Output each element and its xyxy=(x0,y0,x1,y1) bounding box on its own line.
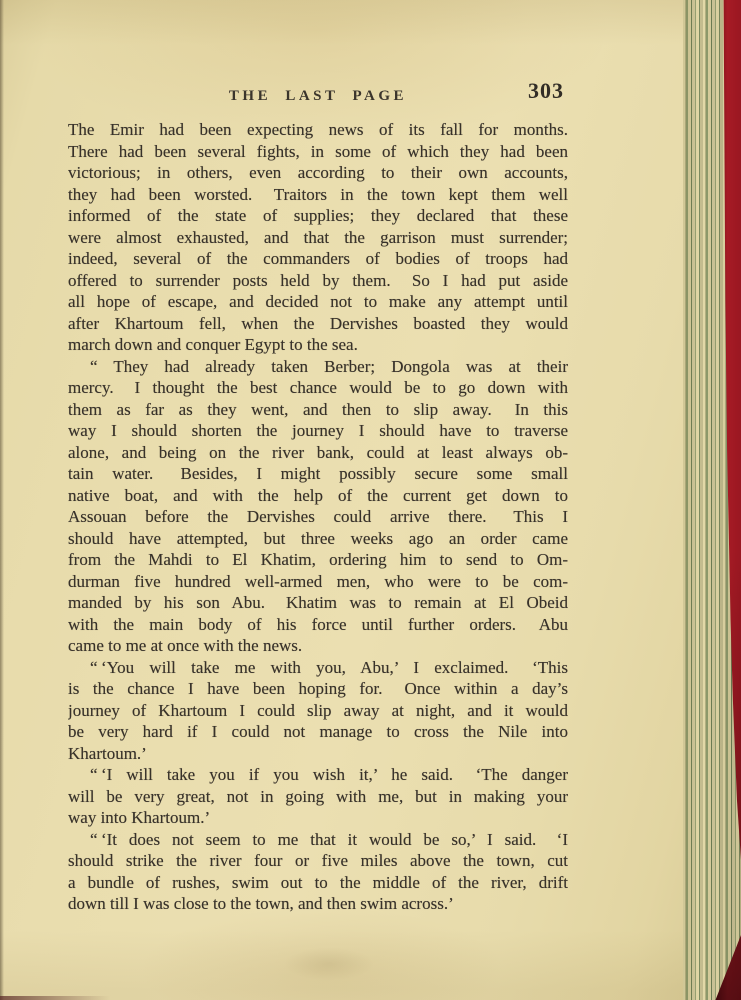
text-line: came to me at once with the news. xyxy=(68,635,568,657)
text-line: from the Mahdi to El Khatim, ordering hi… xyxy=(68,549,568,571)
text-line: down till I was close to the town, and t… xyxy=(68,893,568,915)
book-photo: THE LAST PAGE 303 The Emir had been expe… xyxy=(0,0,741,1000)
text-line: victorious; in others, even according to… xyxy=(68,162,568,184)
page-header: THE LAST PAGE 303 xyxy=(68,84,568,114)
text-line: offered to surrender posts held by them.… xyxy=(68,270,568,292)
page-text: The Emir had been expecting news of its … xyxy=(68,119,568,915)
text-line: There had been several fights, in some o… xyxy=(68,141,568,163)
text-line: way I should shorten the journey I shoul… xyxy=(68,420,568,442)
text-line: them as far as they went, and then to sl… xyxy=(68,399,568,421)
text-line: tain water. Besides, I might possibly se… xyxy=(68,463,568,485)
text-line: “ ‘It does not seem to me that it would … xyxy=(68,829,568,851)
running-head: THE LAST PAGE xyxy=(68,88,568,105)
text-line: indeed, several of the commanders of bod… xyxy=(68,248,568,270)
text-line: alone, and being on the river bank, coul… xyxy=(68,442,568,464)
text-line: with the main body of his force until fu… xyxy=(68,614,568,636)
text-line: they had been worsted. Traitors in the t… xyxy=(68,184,568,206)
text-line: mercy. I thought the best chance would b… xyxy=(68,377,568,399)
page-number: 303 xyxy=(528,78,564,104)
text-line: native boat, and with the help of the cu… xyxy=(68,485,568,507)
text-line: should have attempted, but three weeks a… xyxy=(68,528,568,550)
text-line: informed of the state of supplies; they … xyxy=(68,205,568,227)
text-line: after Khartoum fell, when the Dervishes … xyxy=(68,313,568,335)
bottom-cover-sliver xyxy=(0,996,110,1000)
text-line: all hope of escape, and decided not to m… xyxy=(68,291,568,313)
text-line: march down and conquer Egypt to the sea. xyxy=(68,334,568,356)
text-line: were almost exhausted, and that the garr… xyxy=(68,227,568,249)
text-line: is the chance I have been hoping for. On… xyxy=(68,678,568,700)
text-line: “ They had already taken Berber; Dongola… xyxy=(68,356,568,378)
text-line: be very hard if I could not manage to cr… xyxy=(68,721,568,743)
text-line: manded by his son Abu. Khatim was to rem… xyxy=(68,592,568,614)
text-line: Khartoum.’ xyxy=(68,743,568,765)
text-line: way into Khartoum.’ xyxy=(68,807,568,829)
text-line: The Emir had been expecting news of its … xyxy=(68,119,568,141)
text-line: will be very great, not in going with me… xyxy=(68,786,568,808)
page-left-edge xyxy=(0,0,4,1000)
text-line: “ ‘You will take me with you, Abu,’ I ex… xyxy=(68,657,568,679)
text-line: Assouan before the Dervishes could arriv… xyxy=(68,506,568,528)
text-line: should strike the river four or five mil… xyxy=(68,850,568,872)
book-page: THE LAST PAGE 303 The Emir had been expe… xyxy=(0,0,700,1000)
text-line: “ ‘I will take you if you wish it,’ he s… xyxy=(68,764,568,786)
text-line: durman five hundred well-armed men, who … xyxy=(68,571,568,593)
text-line: journey of Khartoum I could slip away at… xyxy=(68,700,568,722)
text-line: a bundle of rushes, swim out to the midd… xyxy=(68,872,568,894)
